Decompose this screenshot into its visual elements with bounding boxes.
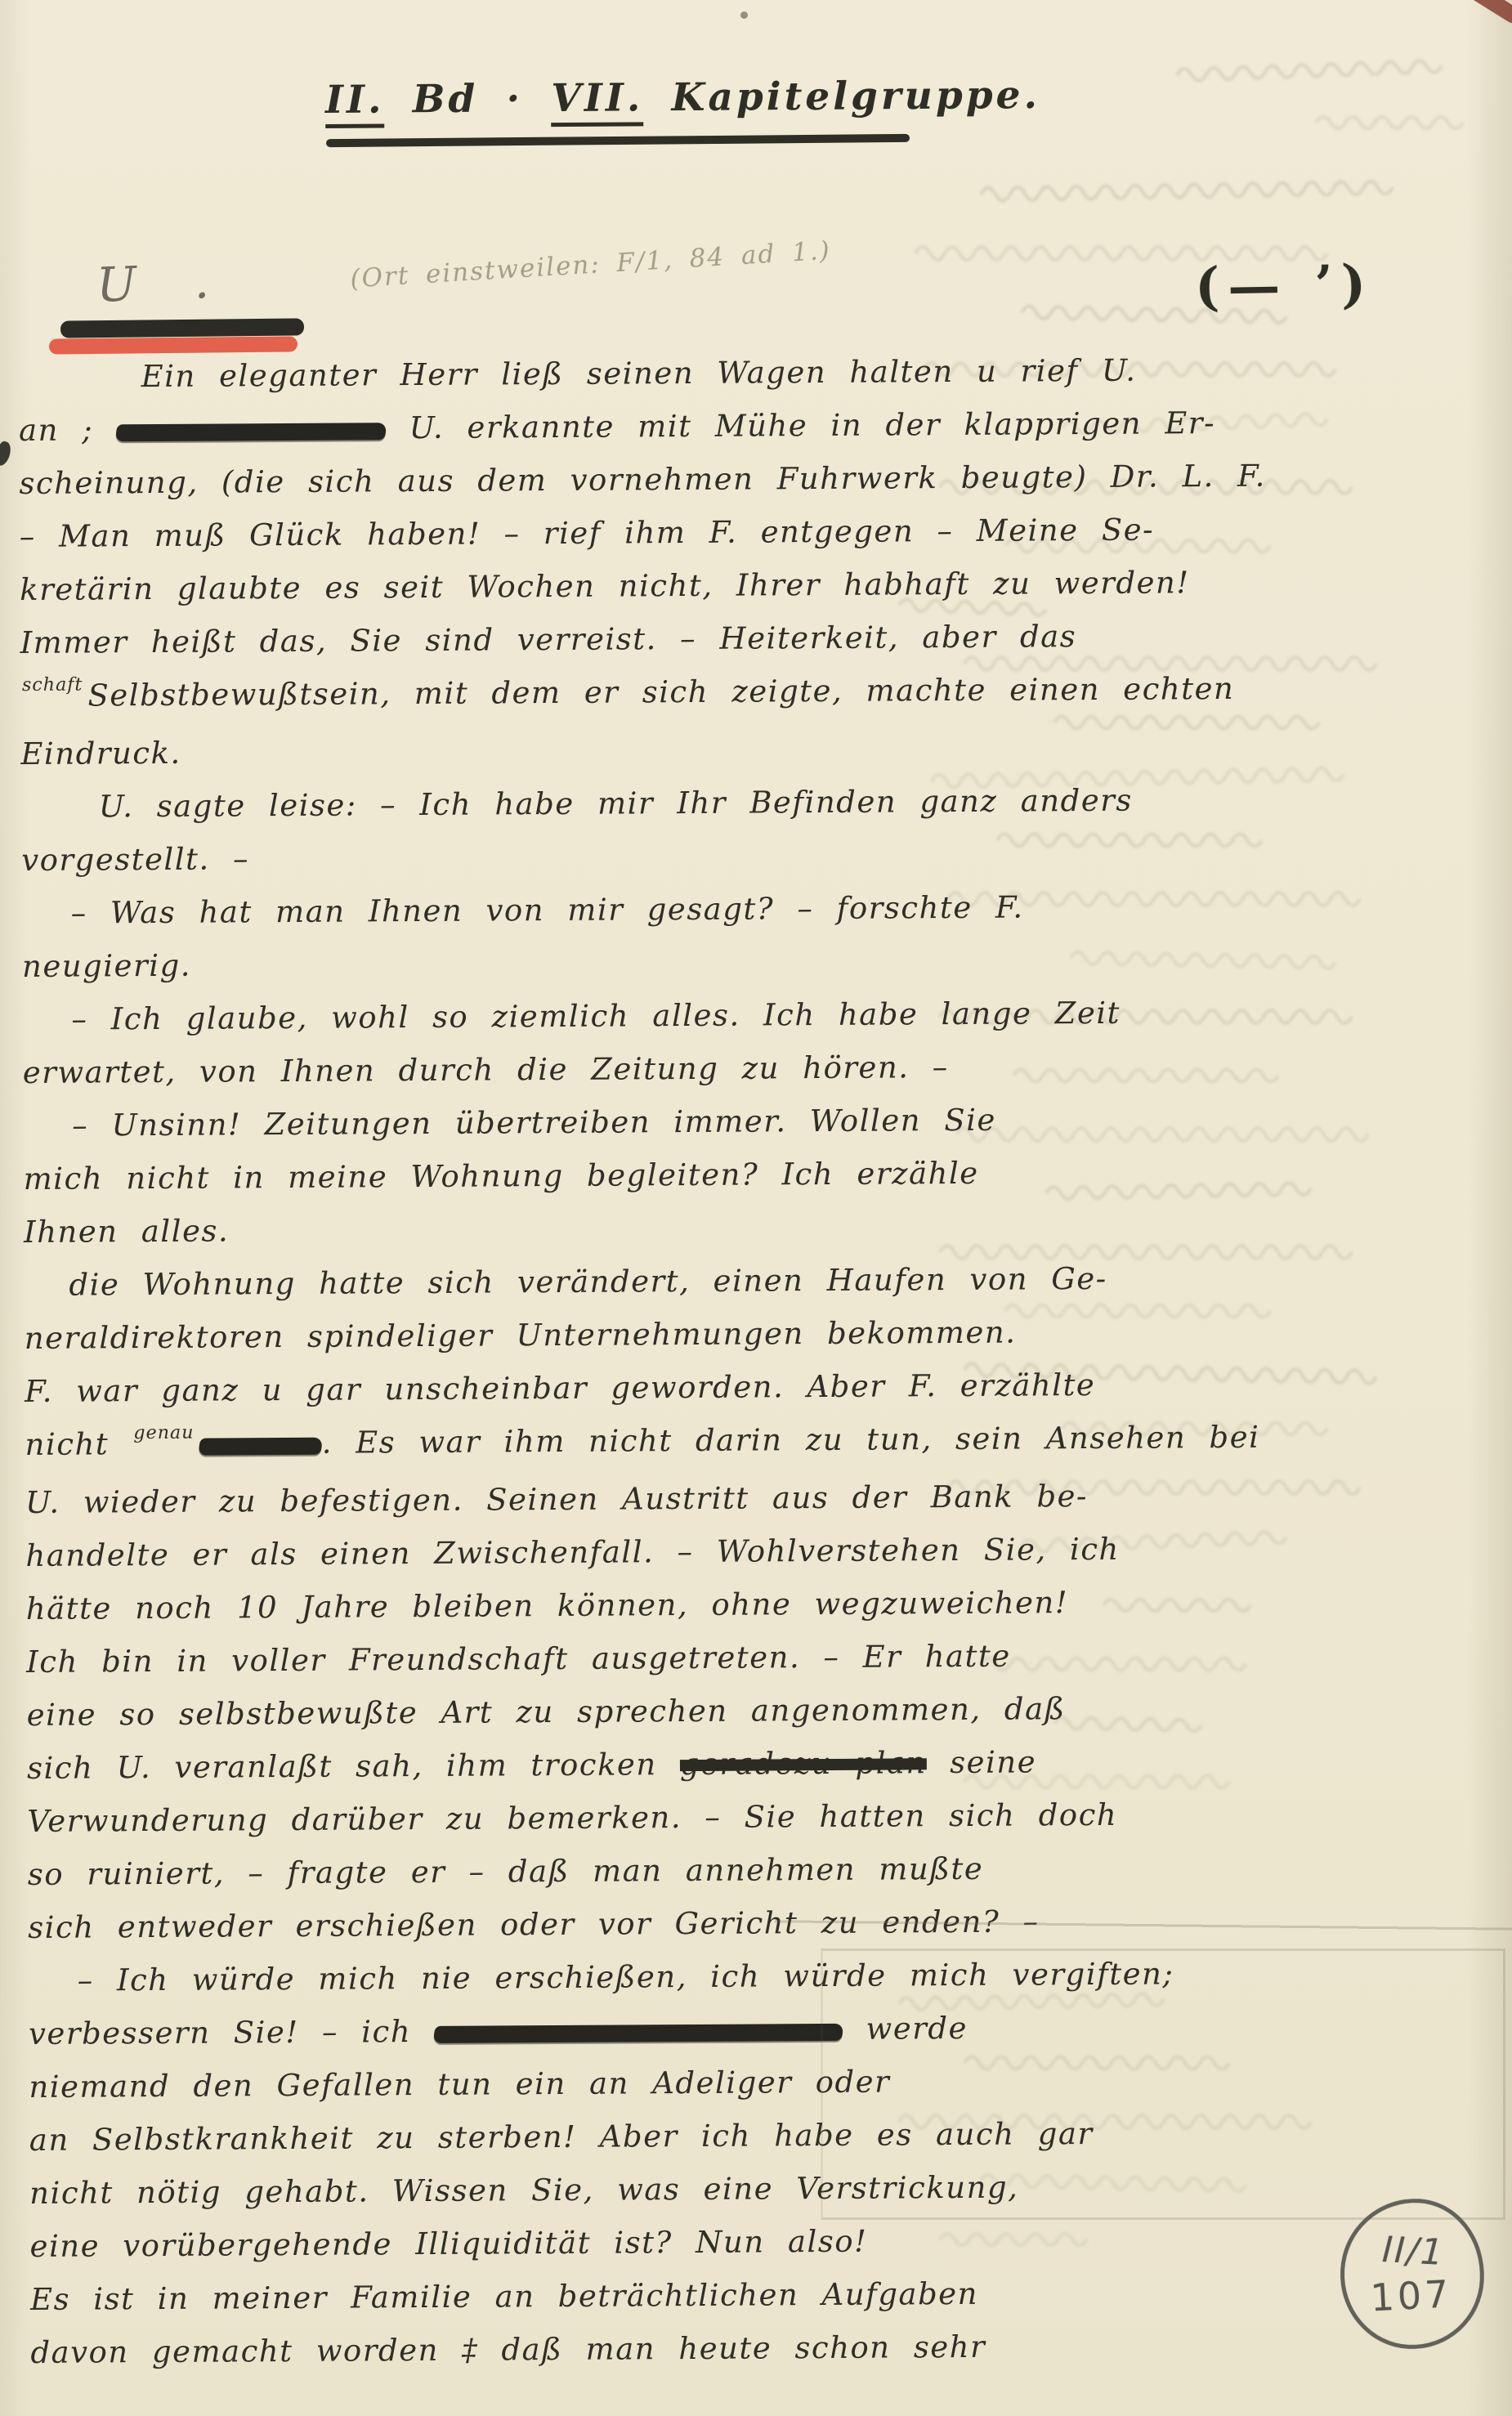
manuscript-line: U. sagte leise: – Ich habe mir Ihr Befin…	[21, 772, 1349, 834]
handwritten-text: nicht	[25, 1426, 132, 1462]
chapter-heading: II. Bd · VII. Kapitelgruppe.	[325, 73, 1040, 123]
handwritten-text: – Unsinn! Zeitungen übertreiben immer. W…	[72, 1103, 996, 1143]
ink-speck	[0, 440, 13, 467]
manuscript-line: hätte noch 10 Jahre bleiben können, ohne…	[26, 1574, 1354, 1635]
handwritten-text: Immer heißt das, Sie sind verreist. – He…	[20, 619, 1076, 660]
handwritten-text: verbessern Sie! – ich	[29, 2014, 435, 2051]
corner-stain	[1461, 0, 1512, 25]
handwritten-text: niemand den Gefallen tun ein an Adeliger…	[29, 2065, 890, 2105]
manuscript-line: an ; U. erkannte mit Mühe in der klappri…	[19, 396, 1347, 457]
stamp-series-number: II/1	[1381, 2229, 1446, 2274]
interlinear-insertion: schaft	[22, 659, 83, 712]
manuscript-line: – Ich glaube, wohl so ziemlich alles. Ic…	[22, 985, 1350, 1046]
handwritten-text: eine so selbstbewußte Art zu sprechen an…	[27, 1691, 1066, 1733]
handwritten-text: erwartet, von Ihnen durch die Zeitung zu…	[23, 1049, 949, 1090]
handwritten-text: so ruiniert, – fragte er – daß man anneh…	[28, 1851, 984, 1892]
handwritten-text: Ein eleganter Herr ließ seinen Wagen hal…	[141, 353, 1136, 394]
siglum-underline-black	[60, 318, 304, 338]
manuscript-line: davon gemacht worden ‡ daß man heute sch…	[30, 2318, 1358, 2379]
stamp-page-number: 107	[1369, 2271, 1453, 2320]
handwritten-text: sich entweder erschießen oder vor Gerich…	[28, 1904, 1040, 1945]
parenthetical-dash-mark: (— ’)	[1194, 253, 1374, 318]
handwritten-text: handelte er als einen Zwischenfall. – Wo…	[25, 1532, 1120, 1573]
heading-part: Kapitelgruppe.	[643, 73, 1040, 120]
manuscript-line: nicht genau. Es war ihm nicht darin zu t…	[25, 1410, 1353, 1476]
siglum-u: U .	[96, 253, 231, 313]
handwritten-text: eine vorübergehende Illiquidität ist? Nu…	[29, 2224, 867, 2264]
handwritten-text: Ihnen alles.	[24, 1213, 229, 1250]
manuscript-line: Ein eleganter Herr ließ seinen Wagen hal…	[18, 342, 1346, 404]
handwritten-text: an ;	[19, 412, 117, 448]
manuscript-line: Ich bin in voller Freundschaft ausgetret…	[26, 1627, 1354, 1689]
handwritten-text: – Was hat man Ihnen von mir gesagt? – fo…	[71, 889, 1024, 930]
handwritten-text: Es ist in meiner Familie an beträchtlich…	[30, 2276, 978, 2317]
handwritten-text: Selbstbewußtsein, mit dem er sich zeigte…	[87, 671, 1234, 714]
handwritten-text: – Man muß Glück haben! – rief ihm F. ent…	[20, 512, 1155, 554]
manuscript-line: erwartet, von Ihnen durch die Zeitung zu…	[23, 1038, 1351, 1099]
handwritten-text: F. war ganz u gar unscheinbar geworden. …	[25, 1367, 1095, 1409]
paper-blemish	[740, 11, 748, 19]
manuscript-line: neugierig.	[22, 932, 1350, 993]
manuscript-line: Ihnen alles.	[24, 1197, 1352, 1259]
faint-pencil-frame	[821, 1948, 1505, 2220]
manuscript-line: – Unsinn! Zeitungen übertreiben immer. W…	[23, 1091, 1351, 1152]
crossed-out-illegible-word	[198, 1437, 323, 1455]
pencil-location-note: (Ort einstweilen: F/1, 84 ad 1.)	[349, 236, 831, 294]
handwritten-text: Eindruck.	[20, 736, 181, 772]
manuscript-line: Immer heißt das, Sie sind verreist. – He…	[20, 608, 1348, 669]
handwritten-text: die Wohnung hatte sich verändert, einen …	[69, 1261, 1107, 1303]
manuscript-line: mich nicht in meine Wohnung begleiten? I…	[23, 1144, 1351, 1206]
manuscript-line: vorgestellt. –	[21, 825, 1349, 887]
manuscript-line: eine vorübergehende Illiquidität ist? Nu…	[29, 2212, 1358, 2273]
interlinear-insertion: genau	[133, 1407, 195, 1460]
handwritten-text: hätte noch 10 Jahre bleiben können, ohne…	[26, 1585, 1069, 1626]
manuscript-line: Verwunderung darüber zu bemerken. – Sie …	[27, 1787, 1355, 1848]
struck-through-text: geradezu plan	[680, 1745, 927, 1782]
handwritten-text: seine	[927, 1744, 1036, 1780]
manuscript-line: Eindruck.	[20, 719, 1349, 781]
manuscript-line: so ruiniert, – fragte er – daß man anneh…	[28, 1840, 1356, 1901]
manuscript-line: – Was hat man Ihnen von mir gesagt? – fo…	[21, 879, 1349, 940]
handwritten-text: . Es war ihm nicht darin zu tun, sein An…	[321, 1420, 1259, 1461]
heading-part: Bd ·	[384, 76, 551, 122]
heading-part: II.	[325, 78, 385, 129]
handwritten-text: scheinung, (die sich aus dem vornehmen F…	[19, 459, 1266, 501]
paper-blemish	[999, 577, 1004, 583]
handwritten-text: – Ich glaube, wohl so ziemlich alles. Ic…	[71, 995, 1121, 1037]
handwritten-text: U. erkannte mit Mühe in der klapprigen E…	[386, 405, 1215, 445]
heading-underline-stroke	[326, 134, 910, 147]
manuscript-line: neraldirektoren spindeliger Unternehmung…	[25, 1304, 1353, 1365]
manuscript-line: – Man muß Glück haben! – rief ihm F. ent…	[20, 502, 1348, 563]
handwritten-text: U. wieder zu befestigen. Seinen Austritt…	[25, 1479, 1088, 1520]
handwritten-text: vorgestellt. –	[21, 841, 249, 878]
crossed-out-illegible-word	[433, 2023, 844, 2043]
handwritten-text: U. sagte leise: – Ich habe mir Ihr Befin…	[99, 783, 1133, 825]
crossed-out-illegible-word	[115, 423, 387, 441]
handwritten-text: Ich bin in voller Freundschaft ausgetret…	[26, 1639, 1011, 1680]
handwritten-text: Verwunderung darüber zu bemerken. – Sie …	[27, 1797, 1117, 1839]
handwritten-text: neugierig.	[22, 948, 191, 984]
handwritten-text: davon gemacht worden ‡ daß man heute sch…	[30, 2329, 986, 2370]
heading-part: VII.	[551, 75, 643, 127]
manuscript-line: schaftSelbstbewußtsein, mit dem er sich …	[20, 661, 1349, 727]
manuscript-line: sich U. veranlaßt sah, ihm trocken gerad…	[27, 1734, 1355, 1795]
manuscript-line: scheinung, (die sich aus dem vornehmen F…	[19, 449, 1347, 510]
manuscript-line: eine so selbstbewußte Art zu sprechen an…	[26, 1680, 1354, 1742]
handwritten-text: sich U. veranlaßt sah, ihm trocken	[27, 1747, 680, 1786]
manuscript-line: U. wieder zu befestigen. Seinen Austritt…	[25, 1468, 1353, 1529]
manuscript-line: handelte er als einen Zwischenfall. – Wo…	[25, 1521, 1353, 1582]
manuscript-line: F. war ganz u gar unscheinbar geworden. …	[25, 1357, 1353, 1418]
handwritten-text: kretärin glaubte es seit Wochen nicht, I…	[20, 565, 1190, 607]
handwritten-text: neraldirektoren spindeliger Unternehmung…	[25, 1315, 1017, 1356]
manuscript-line: Es ist in meiner Familie an beträchtlich…	[30, 2265, 1358, 2326]
manuscript-line: die Wohnung hatte sich verändert, einen …	[24, 1251, 1352, 1312]
manuscript-line: kretärin glaubte es seit Wochen nicht, I…	[20, 555, 1348, 616]
handwritten-text: mich nicht in meine Wohnung begleiten? I…	[23, 1156, 978, 1197]
manuscript-page-scan: { "page": { "paper_color": "#efe9d4", "i…	[0, 0, 1512, 2416]
